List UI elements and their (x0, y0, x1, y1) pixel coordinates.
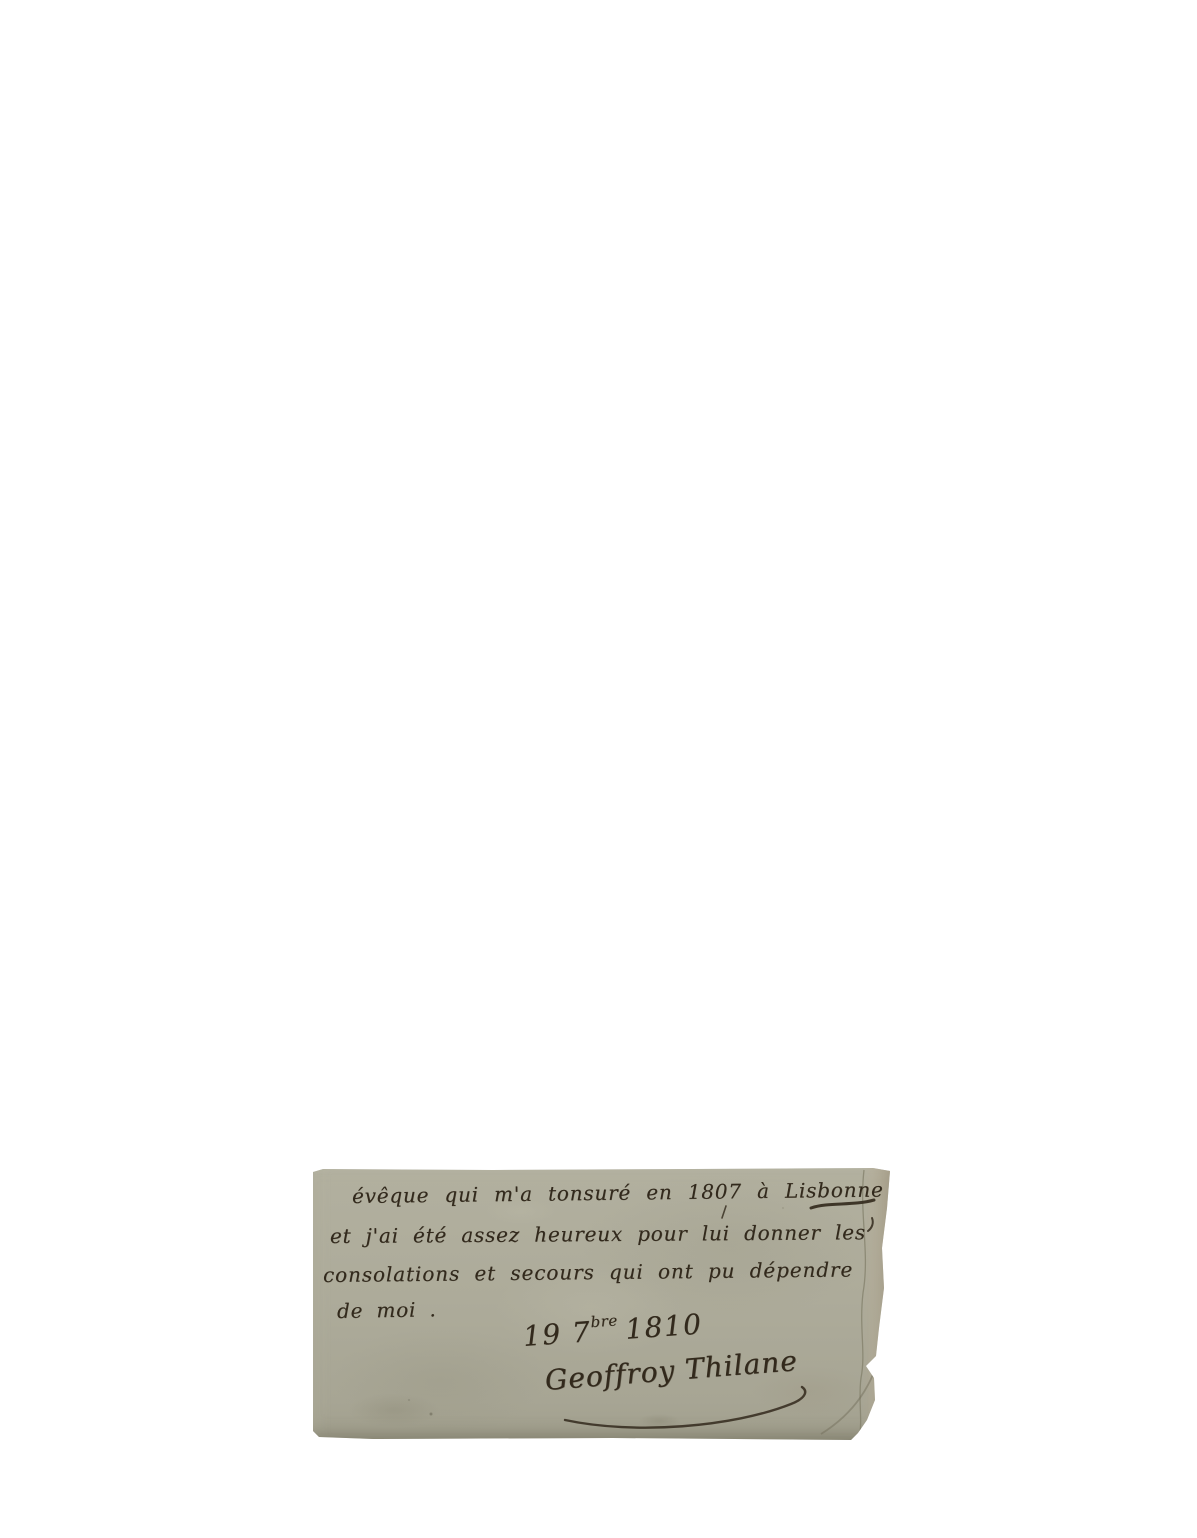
manuscript-fragment: évêque qui m'a tonsuré en 1807 à Lisbonn… (313, 1168, 890, 1440)
date-prefix: 19 7 (522, 1315, 592, 1353)
handwritten-line-4: de moi . (337, 1297, 437, 1323)
date-year: 1810 (624, 1307, 703, 1345)
handwritten-line-2: et j'ai été assez heureux pour lui donne… (330, 1220, 866, 1248)
scan-page: évêque qui m'a tonsuré en 1807 à Lisbonn… (0, 0, 1197, 1538)
date-superscript: bre (590, 1311, 618, 1331)
torn-edge-strip (862, 1168, 890, 1440)
